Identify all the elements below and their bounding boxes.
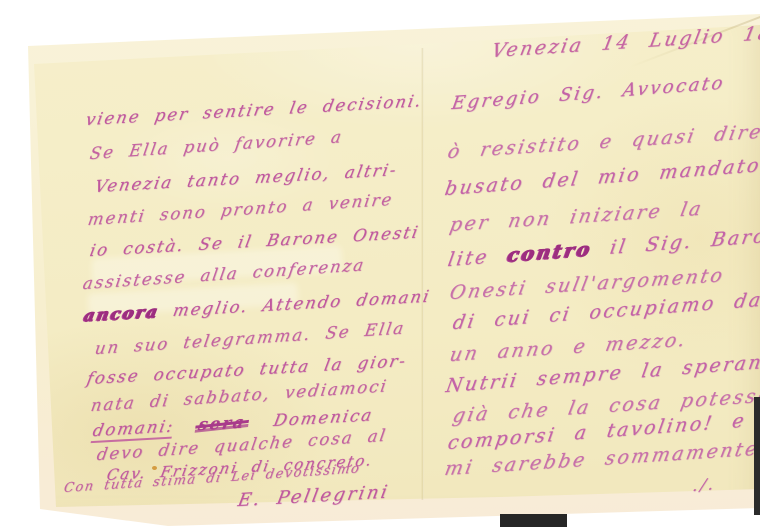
letter-scan-photo: viene per sentire le decisioni. Se Ella … xyxy=(0,0,760,527)
center-fold-line xyxy=(421,48,424,500)
continuation-mark: ./. xyxy=(691,474,717,495)
line-text: lite xyxy=(446,246,491,271)
scanner-edge-strip xyxy=(754,397,760,515)
struck-word: sera xyxy=(197,412,248,434)
scanner-edge-strip xyxy=(500,514,567,527)
